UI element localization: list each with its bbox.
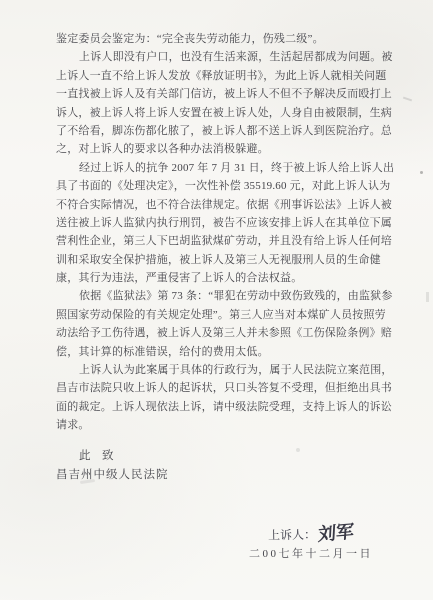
- scanned-appeal-document: 鉴定委员会鉴定为：“完全丧失劳动能力，伤残二级”。上诉人即没有户口，也没有生活来…: [0, 0, 433, 600]
- document-line: 训和采取安全保护措施，被上诉人及第三人无视服刑人员的生命健: [56, 251, 396, 269]
- scan-artifact: [426, 292, 429, 302]
- document-line: 上诉人一直不给上诉人发放《释放证明书》，为此上诉人就相关问题: [56, 67, 396, 85]
- signature-date: 二00七年十二月一日: [249, 545, 373, 561]
- document-line: 了不给看，脚冻伤都化脓了，被上诉人都不送上诉人到医院治疗。总: [56, 122, 396, 140]
- scan-artifact: [296, 448, 300, 452]
- document-line: 上诉人认为此案属于具体的行政行为，属于人民法院立案范围，: [56, 361, 396, 379]
- document-line: 依据《监狱法》第 73 条：“罪犯在劳动中致伤致残的，由监狱参: [56, 287, 396, 305]
- document-line: 送往被上诉人监狱内执行刑罚，被告不应该安排上诉人在其单位下属: [56, 214, 396, 232]
- document-line: 面的裁定。上诉人现依法上诉，请中级法院受理，支持上诉人的诉讼: [56, 398, 396, 416]
- document-line: 鉴定委员会鉴定为：“完全丧失劳动能力，伤残二级”。: [56, 30, 396, 48]
- closing-salutation: 此 致: [79, 447, 114, 463]
- document-line: 之，对上诉人的要求以各种办法消极躲避。: [56, 140, 396, 158]
- document-line: 诉人，被上诉人将上诉人安置在被上诉人处，人身自由被限制，生病: [56, 104, 396, 122]
- document-line: 昌吉市法院只收上诉人的起诉状，只口头答复不受理，但拒绝出具书: [56, 379, 396, 397]
- document-line: 偿，其计算的标准错误，给付的费用太低。: [56, 343, 396, 361]
- scan-artifact: [403, 97, 412, 102]
- signature-label: 上诉人：: [268, 526, 316, 544]
- signature-line: 上诉人：刘军: [268, 519, 354, 545]
- scan-artifact: [420, 171, 423, 174]
- document-line: 康，其行为违法，严重侵害了上诉人的合法权益。: [56, 269, 396, 287]
- signature-handwritten-name: 刘军: [317, 517, 354, 546]
- document-line: 营利性企业，第三人下巴胡监狱煤矿劳动，并且没有给上诉人任何培: [56, 232, 396, 250]
- document-line: 经过上诉人的抗争 2007 年 7 月 31 日，终于被上诉人给上诉人出: [56, 159, 396, 177]
- document-line: 具了书面的《处理决定》，一次性补偿 35519.60 元，对此上诉人认为: [56, 177, 396, 195]
- document-line: 请求。: [56, 416, 396, 434]
- document-line: 动法给予工伤待遇，被上诉人及第三人并未参照《工伤保险条例》赔: [56, 324, 396, 342]
- document-line: 不符合实际情况，也不符合法律规定。依据《刑事诉讼法》上诉人被: [56, 196, 396, 214]
- document-line: 上诉人即没有户口，也没有生活来源，生活起居都成为问题。被: [56, 48, 396, 66]
- document-line: 一直找被上诉人及有关部门信访，被上诉人不但不予解决反而殴打上: [56, 85, 396, 103]
- document-line: 照国家劳动保险的有关规定处理”。第三人应当对本煤矿人员按照劳: [56, 306, 396, 324]
- document-body: 鉴定委员会鉴定为：“完全丧失劳动能力，伤残二级”。上诉人即没有户口，也没有生活来…: [56, 30, 396, 435]
- closing-court-name: 昌吉州中级人民法院: [56, 466, 169, 482]
